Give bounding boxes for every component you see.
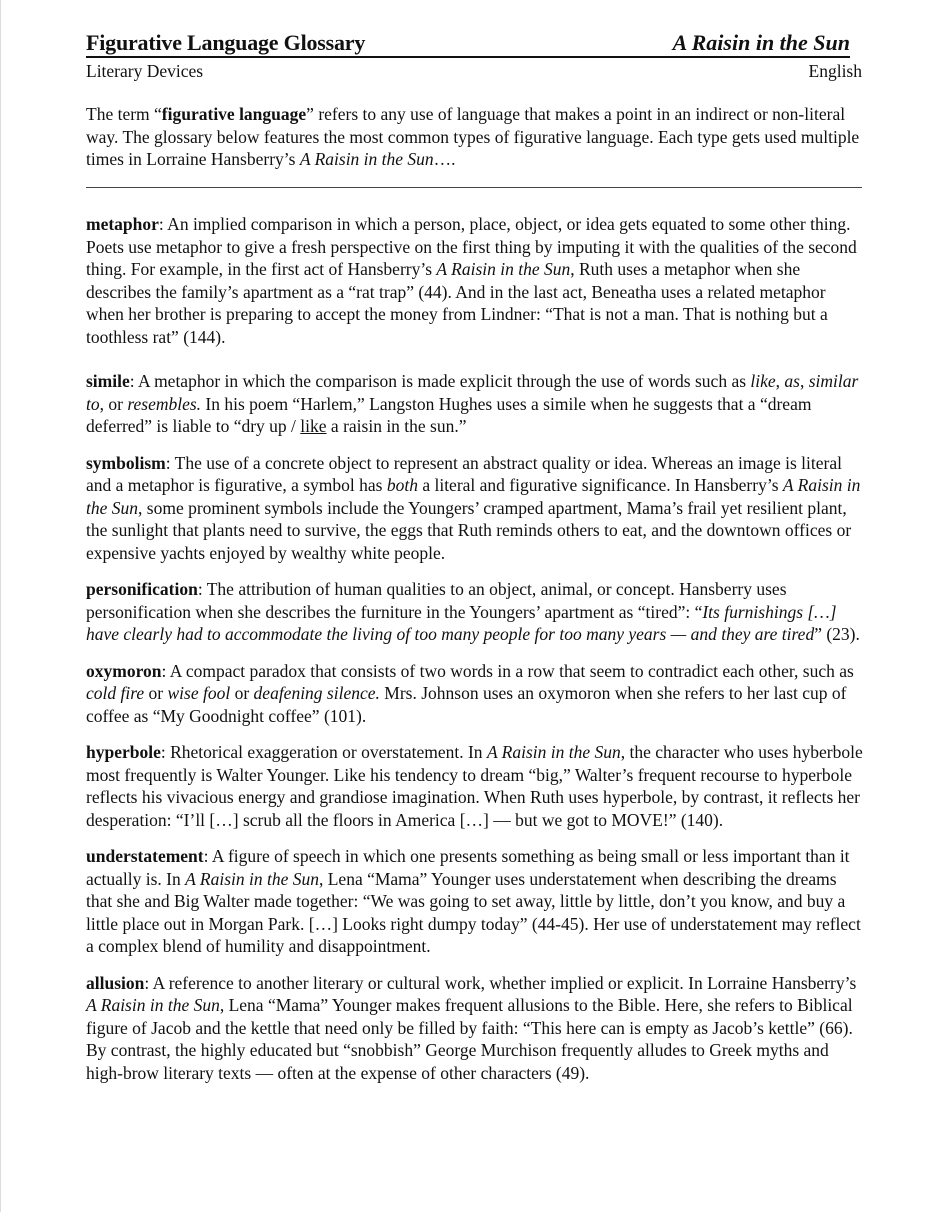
definition-text: a raisin in the sun.”: [327, 416, 467, 436]
title-row: Figurative Language Glossary A Raisin in…: [86, 30, 850, 58]
definition-text: : A reference to another literary or cul…: [144, 973, 856, 993]
entry-spacer: [86, 348, 866, 370]
italic-text: cold fire: [86, 683, 144, 703]
glossary-term: allusion: [86, 973, 144, 993]
italic-text: as: [784, 371, 800, 391]
italic-text: A Raisin in the Sun: [436, 259, 570, 279]
italic-text: A Raisin in the Sun: [86, 995, 220, 1015]
glossary-list: metaphor: An implied comparison in which…: [86, 213, 866, 1084]
document-page: Figurative Language Glossary A Raisin in…: [0, 0, 936, 1212]
entry-spacer: [86, 438, 866, 452]
definition-text: : A metaphor in which the comparison is …: [130, 371, 751, 391]
book-title: A Raisin in the Sun: [673, 30, 850, 56]
intro-ending: ….: [434, 149, 456, 169]
glossary-entry-symbolism: symbolism: The use of a concrete object …: [86, 452, 866, 565]
glossary-entry-allusion: allusion: A reference to another literar…: [86, 972, 866, 1085]
definition-text: or: [230, 683, 253, 703]
glossary-term: hyperbole: [86, 742, 161, 762]
italic-text: wise fool: [168, 683, 231, 703]
italic-text: A Raisin in the Sun: [185, 869, 319, 889]
subtitle-row: Literary Devices English: [86, 60, 862, 82]
italic-text: both: [387, 475, 418, 495]
glossary-entry-hyperbole: hyperbole: Rhetorical exaggeration or ov…: [86, 741, 866, 831]
glossary-entry-metaphor: metaphor: An implied comparison in which…: [86, 213, 866, 348]
glossary-entry-personification: personification: The attribution of huma…: [86, 578, 866, 646]
intro-bold-term: figurative language: [162, 104, 306, 124]
subject-label: English: [809, 60, 862, 82]
italic-text: resembles.: [127, 394, 201, 414]
glossary-entry-oxymoron: oxymoron: A compact paradox that consist…: [86, 660, 866, 728]
glossary-term: simile: [86, 371, 130, 391]
italic-text: A Raisin in the Sun: [487, 742, 621, 762]
document-title: Figurative Language Glossary: [86, 30, 365, 56]
definition-text: or: [144, 683, 167, 703]
glossary-term: understatement: [86, 846, 204, 866]
glossary-term: metaphor: [86, 214, 159, 234]
document-subtitle: Literary Devices: [86, 60, 203, 82]
intro-paragraph: The term “figurative language” refers to…: [86, 103, 862, 171]
italic-text: like: [750, 371, 775, 391]
italic-text: deafening silence.: [254, 683, 380, 703]
entry-spacer: [86, 564, 866, 578]
underlined-text: like: [300, 416, 326, 436]
entry-spacer: [86, 727, 866, 741]
glossary-term: oxymoron: [86, 661, 162, 681]
definition-text: , some prominent symbols include the You…: [86, 498, 851, 563]
glossary-entry-understatement: understatement: A figure of speech in wh…: [86, 845, 866, 958]
glossary-entry-simile: simile: A metaphor in which the comparis…: [86, 370, 866, 438]
page-header: Figurative Language Glossary A Raisin in…: [86, 30, 862, 82]
entry-spacer: [86, 646, 866, 660]
glossary-term: symbolism: [86, 453, 166, 473]
entry-spacer: [86, 831, 866, 845]
definition-text: ,: [800, 371, 809, 391]
definition-text: : A compact paradox that consists of two…: [162, 661, 854, 681]
definition-text: , or: [100, 394, 128, 414]
definition-text: a literal and figurative significance. I…: [418, 475, 783, 495]
definition-text: : Rhetorical exaggeration or overstateme…: [161, 742, 487, 762]
glossary-term: personification: [86, 579, 198, 599]
entry-spacer: [86, 958, 866, 972]
intro-book-title: A Raisin in the Sun: [300, 149, 434, 169]
intro-text-before: The term “: [86, 104, 162, 124]
definition-text: ” (23).: [814, 624, 860, 644]
section-divider: [86, 187, 862, 188]
